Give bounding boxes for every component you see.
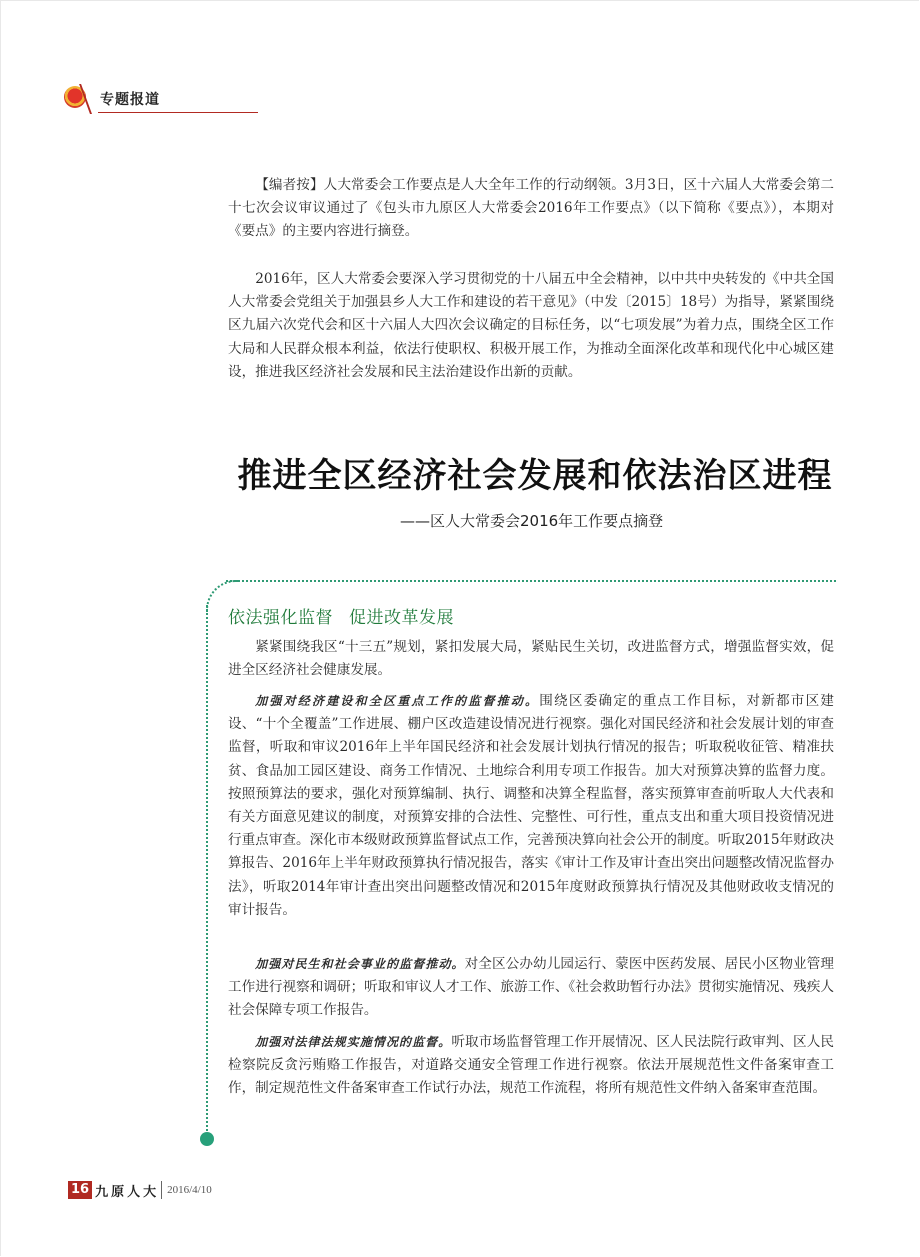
header-underline: [98, 112, 258, 113]
section-paragraph: 紧紧围绕我区“十三五”规划，紧扣发展大局，紧贴民生关切，改进监督方式，增强监督实…: [228, 636, 834, 682]
article-subtitle: ——区人大常委会2016年工作要点摘登: [400, 510, 663, 531]
magazine-name: 九原人大: [95, 1181, 159, 1200]
section-heading-part2: 促进改革发展: [349, 608, 454, 628]
issue-date: 2016/4/10: [167, 1184, 212, 1196]
paragraph-lead: 加强对法律法规实施情况的监督。: [255, 1035, 451, 1049]
section-heading: 依法强化监督促进改革发展: [228, 603, 454, 628]
paragraph-text: 紧紧围绕我区“十三五”规划，紧扣发展大局，紧贴民生关切，改进监督方式，增强监督实…: [228, 639, 834, 678]
frame-end-dot-icon: [200, 1132, 214, 1146]
page-number: 16: [68, 1181, 92, 1199]
paragraph-text: 围绕区委确定的重点工作目标，对新都市区建设、“十个全覆盖”工作进展、棚户区改造建…: [228, 693, 834, 918]
section-paragraph: 加强对民生和社会事业的监督推动。对全区公办幼儿园运行、蒙医中医药发展、居民小区物…: [228, 953, 834, 1023]
section-paragraph: 加强对法律法规实施情况的监督。听取市场监督管理工作开展情况、区人民法院行政审判、…: [228, 1031, 834, 1101]
footer-divider: [161, 1181, 162, 1199]
editor-note: 【编者按】人大常委会工作要点是人大全年工作的行动纲领。3月3日，区十六届人大常委…: [228, 174, 834, 244]
intro-paragraph: 2016年，区人大常委会要深入学习贯彻党的十八届五中全会精神，以中共中央转发的《…: [228, 268, 834, 384]
page-footer: 16 九原人大 2016/4/10: [68, 1180, 212, 1200]
article-title: 推进全区经济社会发展和依法治区进程: [215, 448, 855, 497]
paragraph-lead: 加强对民生和社会事业的监督推动。: [255, 957, 464, 971]
section-paragraph: 加强对经济建设和全区重点工作的监督推动。围绕区委确定的重点工作目标，对新都市区建…: [228, 690, 834, 922]
frame-left-dotted-line: [206, 605, 208, 1135]
paragraph-lead: 加强对经济建设和全区重点工作的监督推动。: [255, 694, 539, 708]
frame-top-dotted-line: [226, 580, 836, 582]
section-heading-part1: 依法强化监督: [228, 608, 333, 628]
section-label: 专题报道: [100, 89, 160, 109]
section-header: 专题报道: [62, 80, 202, 114]
